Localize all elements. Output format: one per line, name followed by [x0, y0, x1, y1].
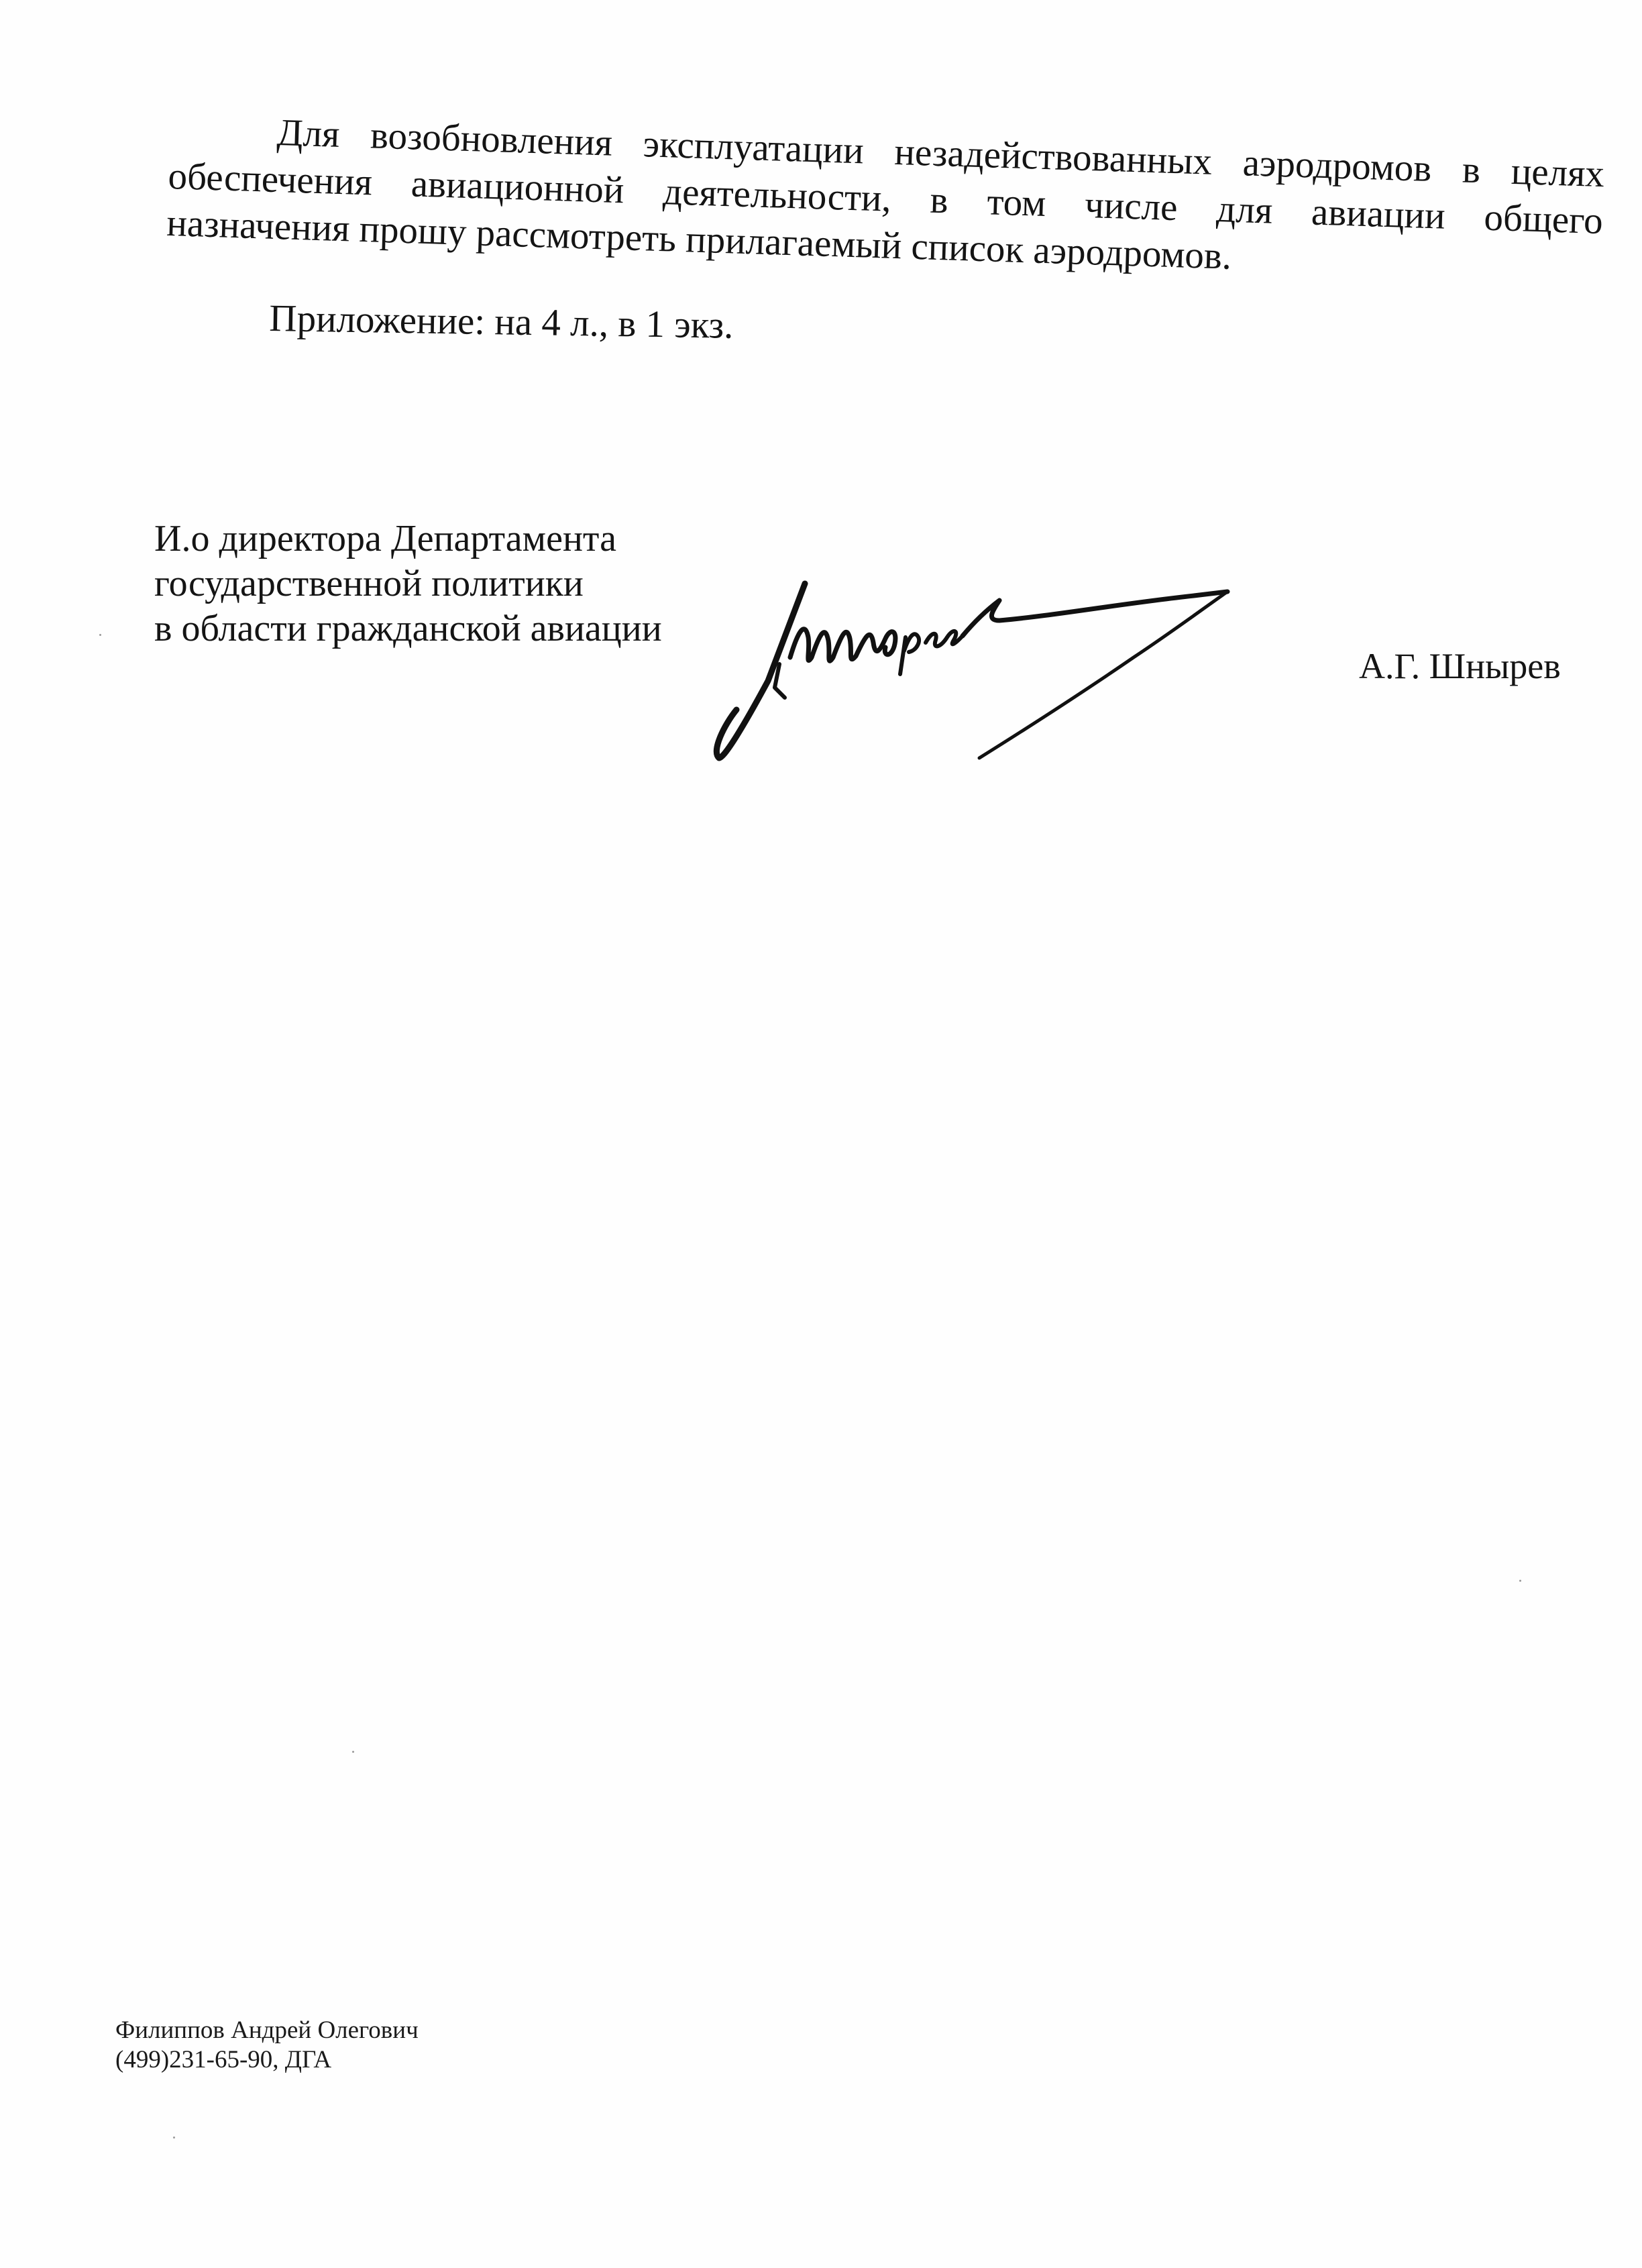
document-page: Для возобновления эксплуатации незадейст…	[0, 0, 1642, 2268]
signer-title-line-3: в области гражданской авиации	[154, 606, 662, 651]
executor-name: Филиппов Андрей Олегович	[115, 2016, 419, 2045]
attachment-note: Приложение: на 4 л., в 1 экз.	[269, 295, 734, 349]
scan-speck	[352, 1751, 354, 1753]
signer-title: И.о директора Департамента государственн…	[154, 517, 662, 651]
executor-contact: (499)231-65-90, ДГА	[115, 2045, 419, 2075]
handwritten-signature-icon	[704, 557, 1415, 771]
signer-title-line-1: И.о директора Департамента	[154, 517, 662, 561]
executor-footer: Филиппов Андрей Олегович (499)231-65-90,…	[115, 2016, 419, 2075]
scan-speck	[99, 634, 101, 636]
scan-speck	[173, 2137, 175, 2139]
body-paragraph: Для возобновления эксплуатации незадейст…	[166, 106, 1605, 292]
signer-name: А.Г. Шнырев	[1359, 645, 1561, 687]
signer-title-line-2: государственной политики	[154, 561, 662, 606]
scan-speck	[1519, 1580, 1521, 1582]
